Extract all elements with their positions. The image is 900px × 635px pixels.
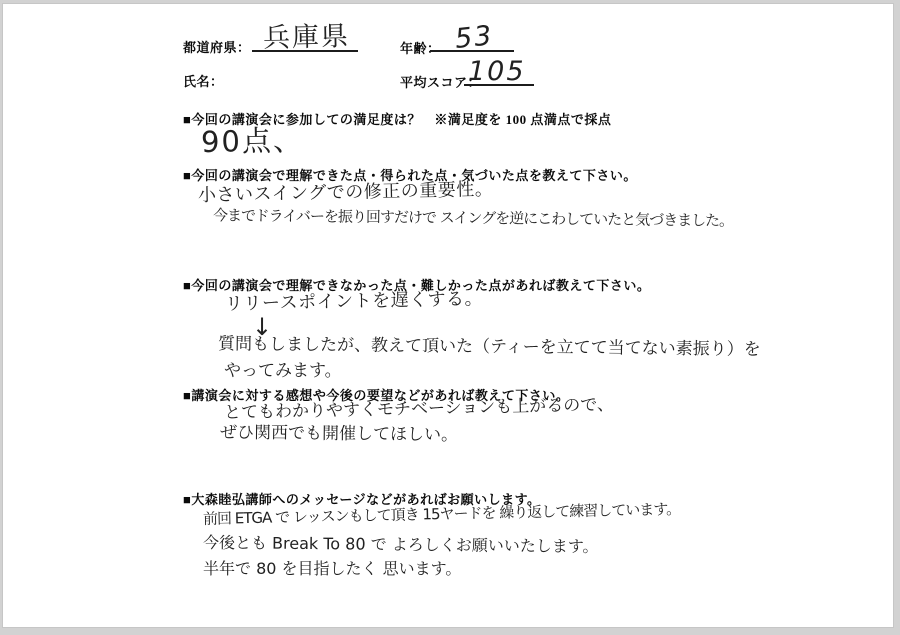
prefecture-label: 都道府県：: [183, 37, 251, 56]
average-score-value: 105: [468, 58, 526, 85]
age-value: 53: [454, 22, 495, 53]
name-label: 氏名：: [183, 71, 224, 90]
question-5-answer-line-3: 半年で 80 を目指したく 思います。: [203, 561, 461, 577]
question-4-answer-line-2: ぜひ関西でも開催してほしい。: [220, 425, 458, 444]
prefecture-value: 兵庫県: [263, 23, 351, 52]
paper-sheet: [2, 3, 894, 628]
question-1-answer-line-1: 90点、: [201, 126, 304, 157]
question-3-answer-line-3: やってみます。: [224, 363, 342, 380]
scanned-survey-form: 都道府県： 兵庫県 年齢： 53 氏名： 平均スコア： 105 ■今回の講演会に…: [0, 0, 900, 635]
question-5-answer-line-2: 今後とも Break To 80 で よろしくお願いいたします。: [203, 535, 599, 555]
